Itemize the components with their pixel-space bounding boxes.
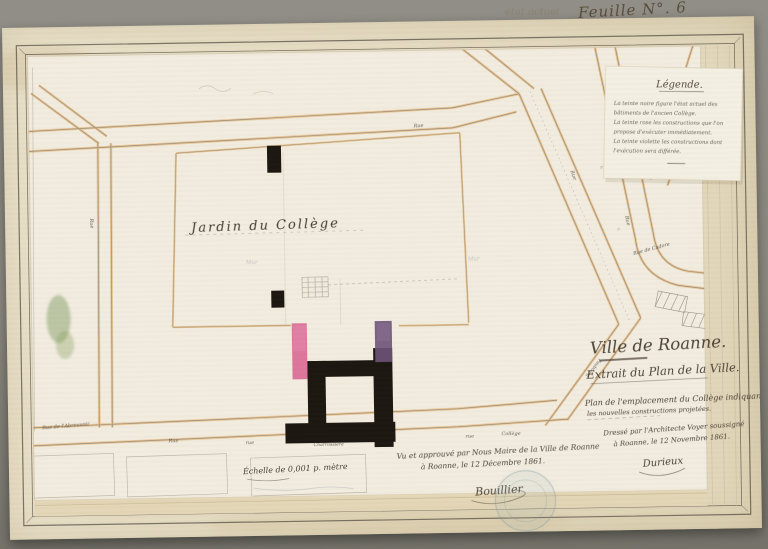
- legend-line: propose d'exécuter immédiatement.: [613, 128, 712, 136]
- street-label: Rue: [412, 123, 423, 130]
- street-label: rue: [465, 434, 474, 440]
- legend: Légende. La teinte noire figure l'état a…: [602, 64, 747, 187]
- legend-line: bâtiments de l'ancien Collège.: [614, 109, 697, 117]
- street-label: Collège: [501, 430, 520, 437]
- plan-drawing: Rue Rue Rue rue Charrossière rue Collège…: [2, 16, 762, 540]
- legend-line: La teinte rose les constructions que l'o…: [613, 120, 724, 127]
- album-page: Rue Rue Rue rue Charrossière rue Collège…: [2, 16, 762, 540]
- wall-note: Mur: [467, 256, 480, 262]
- legend-line: La teinte noire figure l'état actuel des: [613, 100, 718, 108]
- planned-building-pink-highlight: [293, 325, 306, 351]
- legend-line: l'exécution sera différée.: [613, 147, 681, 155]
- scanned-plan-photo: état actuel Feuille N°. 6: [0, 0, 768, 549]
- legend-title: Légende.: [655, 79, 703, 91]
- planned-building-purple-highlight: [377, 323, 390, 341]
- street-label: Rue: [88, 217, 95, 228]
- legend-line: La teinte violette les constructions don…: [612, 139, 723, 146]
- street-label: rue: [246, 440, 255, 446]
- archival-pencil-note: état actuel: [505, 7, 559, 18]
- wall-note: Mur: [245, 260, 258, 266]
- street-label: Rue: [167, 438, 178, 444]
